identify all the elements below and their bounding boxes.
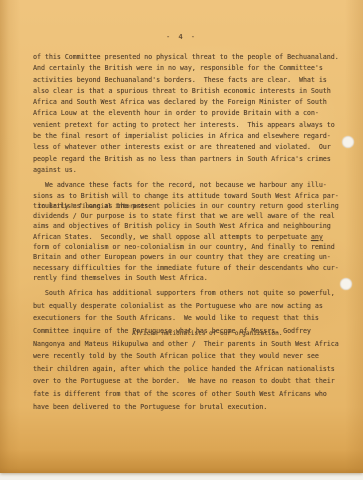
text-line: rently find themselves in South West Afr…	[33, 273, 351, 283]
underlined-word: any	[311, 233, 323, 241]
punch-hole	[340, 278, 352, 290]
document-text: of this Committee presented no physical …	[33, 52, 351, 413]
text-line: Africa Louw at the eleventh hour in orde…	[33, 108, 351, 119]
text-line: have been delivered to the Portuguese fo…	[33, 401, 351, 414]
text-line: And certainly the British were in no way…	[33, 63, 351, 74]
text-line: Britain and other European powers in our…	[33, 252, 351, 262]
paragraph: We advance these facts for the record, n…	[33, 180, 351, 283]
document-page: - 4 - of this Committee presented no phy…	[0, 0, 363, 473]
text-line: necessary difficulties for the immediate…	[33, 263, 351, 273]
text-line: venient pretext for acting to protect he…	[33, 120, 351, 131]
scanned-document: - 4 - of this Committee presented no phy…	[0, 0, 363, 480]
punch-hole	[342, 136, 354, 148]
text-line: less of whatever other interests exist o…	[33, 142, 351, 153]
text-line: Nangonya and Mateus Hikupulwa and other …	[33, 338, 351, 351]
paragraph: South Africa has additional supporters f…	[33, 287, 351, 413]
text-line: over to the Portuguese at the border. We…	[33, 375, 351, 388]
text-line: African States. Secondly, we shall oppos…	[33, 232, 351, 242]
text-line: people regard the British as no less tha…	[33, 154, 351, 165]
text-line: but equally desperate colonialist as the…	[33, 300, 351, 313]
text-line: activities beyond Bechuanaland's borders…	[33, 75, 351, 86]
text-line: sions as to British will to change its a…	[33, 191, 351, 201]
text-line: Africa and South West Africa was declare…	[33, 97, 351, 108]
page-number: - 4 -	[0, 33, 363, 41]
text-line: aims and objectives of British policy in…	[33, 221, 351, 231]
text-line: be the final resort of imperialist polic…	[33, 131, 351, 142]
text-line: We advance these facts for the record, n…	[33, 180, 351, 190]
paragraph: of this Committee presented no physical …	[33, 52, 351, 176]
text-line: form of colonialism or neo-colonialism i…	[33, 242, 351, 252]
text-line: against us.	[33, 165, 351, 176]
text-line: executioners for the South Africans. We …	[33, 312, 351, 325]
text-line: were recently told by the South African …	[33, 350, 351, 363]
text-line: South Africa has additional supporters f…	[33, 287, 351, 300]
text-line: fate is different from that of the score…	[33, 388, 351, 401]
text-line: of this Committee presented no physical …	[33, 52, 351, 63]
text-line: their children again, after which the po…	[33, 363, 351, 376]
text-line: also clear is that a spurious threat to …	[33, 86, 351, 97]
text-line: dividends / Our purpose is to state firs…	[33, 211, 351, 221]
